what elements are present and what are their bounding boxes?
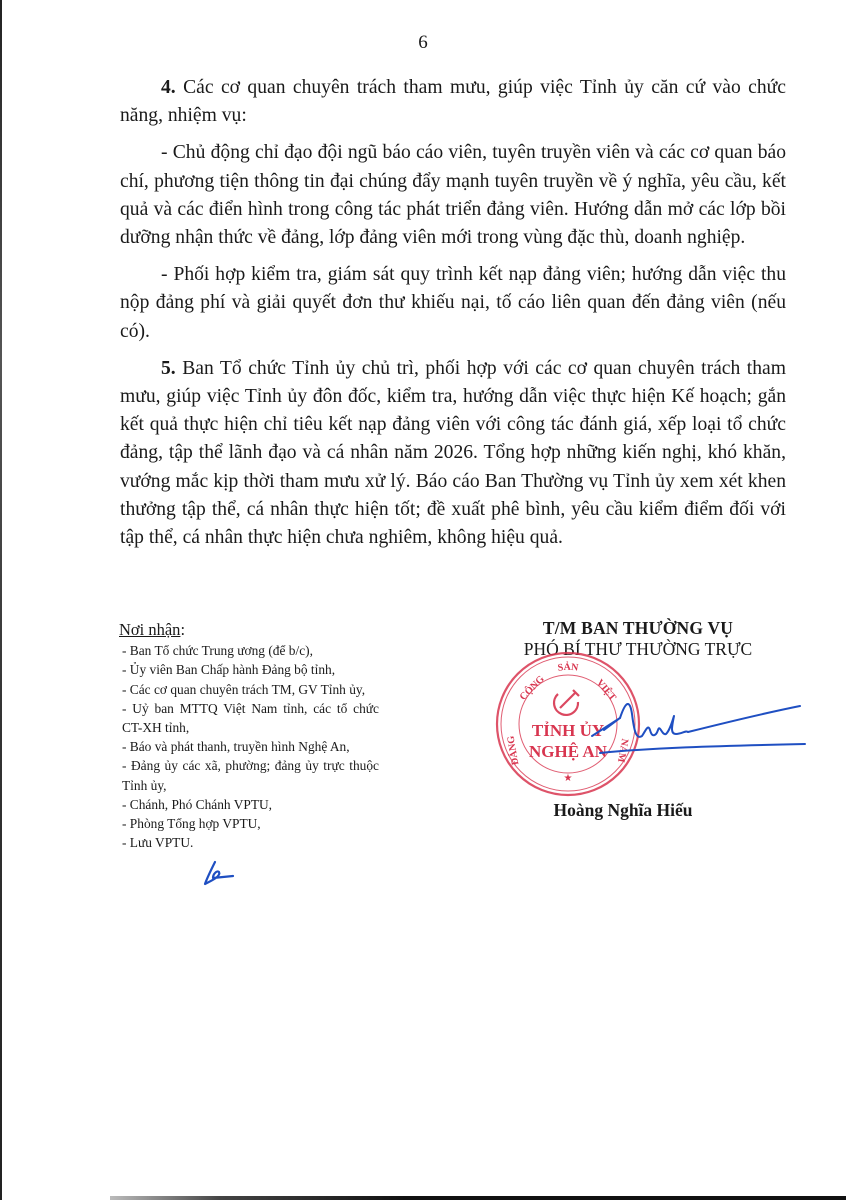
recipients-list: - Ban Tổ chức Trung ương (để b/c), - Ủy … (119, 641, 379, 852)
section-4-bullet: - Phối hợp kiểm tra, giám sát quy trình … (120, 261, 786, 346)
svg-text:★: ★ (564, 773, 573, 784)
section-4-bullet: - Chủ động chỉ đạo đội ngũ báo cáo viên,… (120, 139, 786, 252)
svg-text:SẢN: SẢN (557, 661, 580, 674)
section-4-paragraph: 4. Các cơ quan chuyên trách tham mưu, gi… (120, 74, 786, 130)
scan-edge-left (0, 0, 2, 1200)
recipient-item: - Các cơ quan chuyên trách TM, GV Tỉnh ủ… (122, 680, 379, 699)
recipients-title: Nơi nhận (119, 620, 180, 639)
section-5-text: Ban Tổ chức Tỉnh ủy chủ trì, phối hợp vớ… (120, 358, 786, 548)
recipients-block: Nơi nhận: - Ban Tổ chức Trung ương (để b… (119, 620, 379, 852)
recipient-item: - Uỷ ban MTTQ Việt Nam tỉnh, các tổ chức… (122, 699, 379, 737)
section-4-text: Các cơ quan chuyên trách tham mưu, giúp … (120, 77, 786, 126)
page-number: 6 (0, 32, 846, 54)
section-5-paragraph: 5. Ban Tổ chức Tỉnh ủy chủ trì, phối hợp… (120, 355, 786, 552)
signer-name: Hoàng Nghĩa Hiếu (508, 800, 738, 821)
recipient-item: - Phòng Tổng hợp VPTU, (122, 814, 379, 833)
handwritten-initial (195, 858, 245, 888)
recipient-item: - Ban Tổ chức Trung ương (để b/c), (122, 641, 379, 660)
recipient-item: - Ủy viên Ban Chấp hành Đảng bộ tỉnh, (122, 660, 379, 679)
handwritten-signature (590, 690, 810, 770)
signature-authority: T/M BAN THƯỜNG VỤ (488, 618, 788, 639)
scan-edge-bottom (110, 1196, 846, 1200)
recipient-item: - Báo và phát thanh, truyền hình Nghệ An… (122, 737, 379, 756)
recipient-item: - Chánh, Phó Chánh VPTU, (122, 795, 379, 814)
recipient-item: - Lưu VPTU. (122, 833, 379, 852)
section-4-label: 4. (161, 77, 176, 98)
document-body: 4. Các cơ quan chuyên trách tham mưu, gi… (120, 74, 786, 561)
recipient-item: - Đảng ủy các xã, phường; đảng ủy trực t… (122, 756, 379, 794)
section-5-label: 5. (161, 358, 176, 379)
seal-top-text: SẢN (557, 661, 580, 674)
